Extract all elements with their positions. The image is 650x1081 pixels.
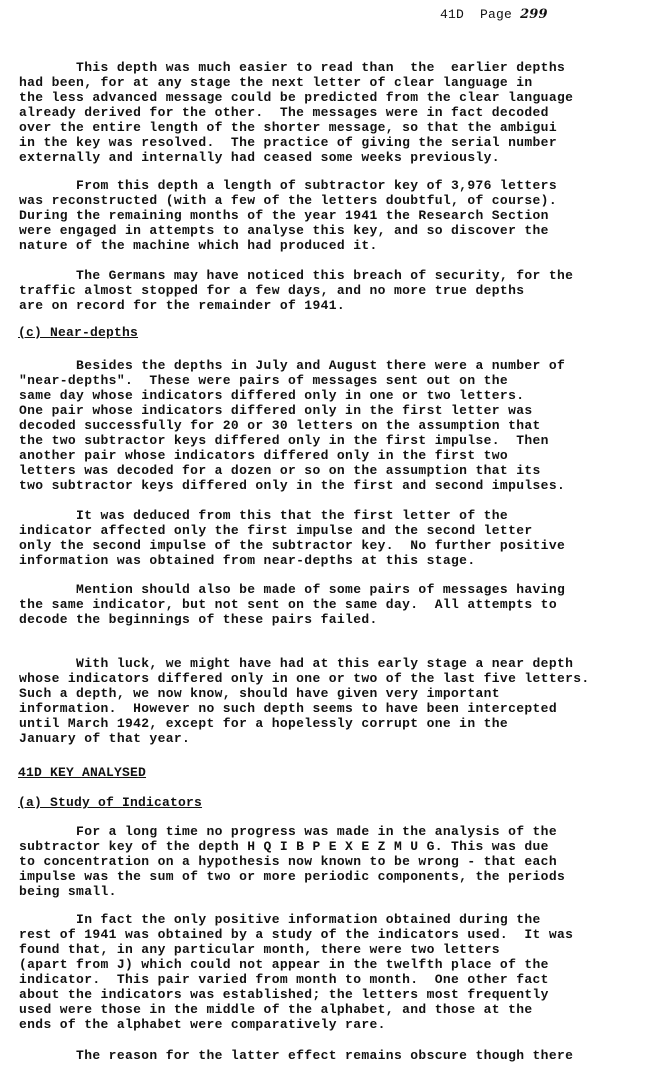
text-line: the same indicator, but not sent on the … — [19, 597, 557, 612]
text-line: letters was decoded for a dozen or so on… — [19, 463, 541, 478]
text-line: the two subtractor keys differed only in… — [19, 433, 549, 448]
text-line: another pair whose indicators differed o… — [19, 448, 508, 463]
text-line: From this depth a length of subtractor k… — [19, 178, 557, 193]
section-heading: (c) Near-depths — [18, 325, 138, 340]
text-line: For a long time no progress was made in … — [19, 824, 557, 839]
text-line: With luck, we might have had at this ear… — [19, 656, 573, 671]
text-line: Mention should also be made of some pair… — [19, 582, 565, 597]
text-line: information. However no such depth seems… — [19, 701, 557, 716]
text-line: found that, in any particular month, the… — [19, 942, 500, 957]
text-line: same day whose indicators differed only … — [19, 388, 524, 403]
text-line: This depth was much easier to read than … — [19, 60, 565, 75]
text-line: indicator affected only the first impuls… — [19, 523, 533, 538]
section-heading: (a) Study of Indicators — [18, 795, 202, 810]
text-line: in the key was resolved. The practice of… — [19, 135, 557, 150]
text-line: until March 1942, except for a hopelessl… — [19, 716, 508, 731]
text-line: January of that year. — [19, 731, 190, 746]
text-line: were engaged in attempts to analyse this… — [19, 223, 549, 238]
section-heading: 41D KEY ANALYSED — [18, 765, 146, 780]
document-page: 41D Page 299 This depth was much easier … — [0, 0, 650, 1081]
text-line: being small. — [19, 884, 117, 899]
section-code: 41D — [440, 7, 464, 22]
text-line: used were those in the middle of the alp… — [19, 1002, 533, 1017]
text-line: whose indicators differed only in one or… — [19, 671, 590, 686]
text-line: The reason for the latter effect remains… — [19, 1048, 573, 1063]
text-line: only the second impulse of the subtracto… — [19, 538, 565, 553]
text-line: had been, for at any stage the next lett… — [19, 75, 533, 90]
text-line: Such a depth, we now know, should have g… — [19, 686, 500, 701]
text-line: information was obtained from near-depth… — [19, 553, 475, 568]
text-line: are on record for the remainder of 1941. — [19, 298, 345, 313]
page-label: Page — [480, 7, 512, 22]
text-line: subtractor key of the depth H Q I B P E … — [19, 839, 549, 854]
text-line: rest of 1941 was obtained by a study of … — [19, 927, 573, 942]
text-line: During the remaining months of the year … — [19, 208, 549, 223]
text-line: about the indicators was established; th… — [19, 987, 549, 1002]
text-line: (apart from J) which could not appear in… — [19, 957, 549, 972]
text-line: nature of the machine which had produced… — [19, 238, 378, 253]
text-line: over the entire length of the shorter me… — [19, 120, 557, 135]
page-header: 41D Page 299 — [440, 7, 548, 22]
text-line: the less advanced message could be predi… — [19, 90, 573, 105]
text-line: In fact the only positive information ob… — [19, 912, 541, 927]
text-line: to concentration on a hypothesis now kno… — [19, 854, 557, 869]
text-line: impulse was the sum of two or more perio… — [19, 869, 565, 884]
text-line: externally and internally had ceased som… — [19, 150, 500, 165]
text-line: ends of the alphabet were comparatively … — [19, 1017, 386, 1032]
text-line: already derived for the other. The messa… — [19, 105, 549, 120]
page-number: 299 — [520, 7, 548, 22]
text-line: indicator. This pair varied from month t… — [19, 972, 549, 987]
text-line: It was deduced from this that the first … — [19, 508, 508, 523]
text-line: traffic almost stopped for a few days, a… — [19, 283, 524, 298]
text-line: Besides the depths in July and August th… — [19, 358, 565, 373]
text-line: was reconstructed (with a few of the let… — [19, 193, 557, 208]
text-line: decode the beginnings of these pairs fai… — [19, 612, 378, 627]
text-line: One pair whose indicators differed only … — [19, 403, 533, 418]
text-line: two subtractor keys differed only in the… — [19, 478, 565, 493]
text-line: decoded successfully for 20 or 30 letter… — [19, 418, 541, 433]
text-line: "near-depths". These were pairs of messa… — [19, 373, 508, 388]
text-line: The Germans may have noticed this breach… — [19, 268, 573, 283]
